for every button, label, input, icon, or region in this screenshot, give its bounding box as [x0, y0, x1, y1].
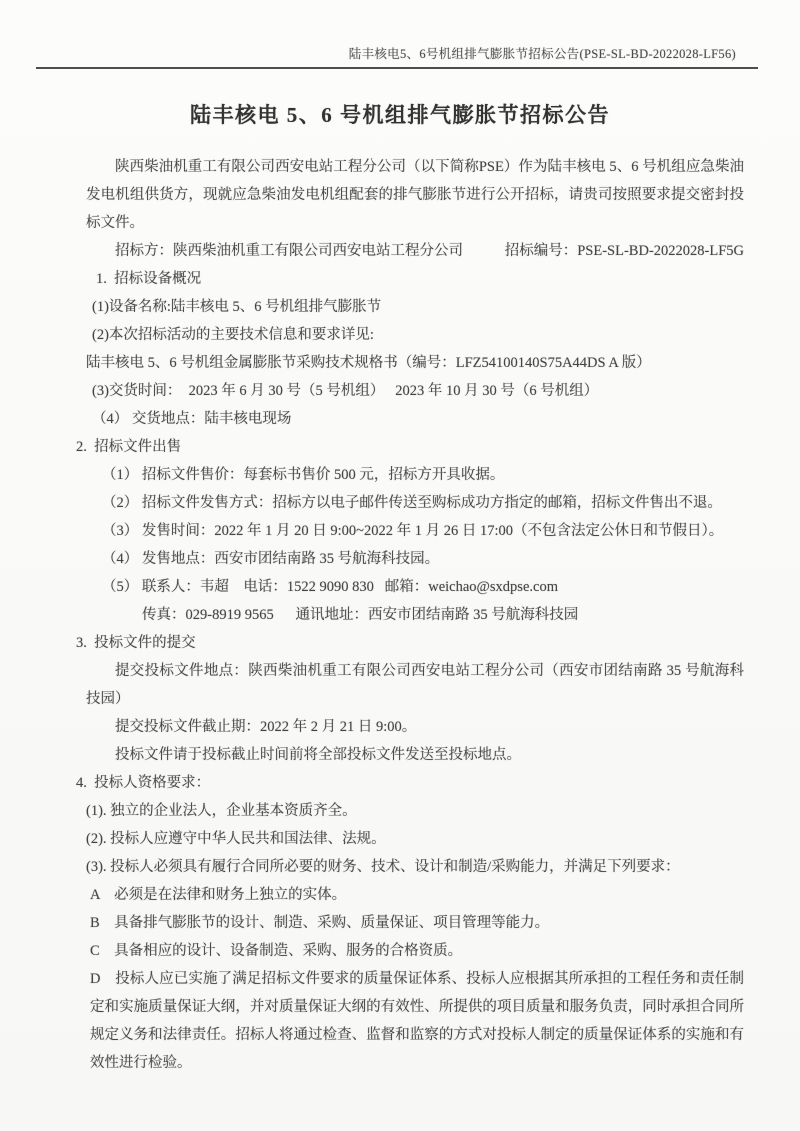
doc-line: 4. 投标人资格要求：: [76, 769, 744, 797]
doc-line: B 具备排气膨胀节的设计、制造、采购、质量保证、项目管理等能力。: [90, 909, 744, 937]
doc-line: A 必须是在法律和财务上独立的实体。: [90, 881, 744, 909]
doc-line: (2). 投标人应遵守中华人民共和国法律、法规。: [86, 825, 744, 853]
doc-line: 1. 招标设备概况: [96, 265, 744, 293]
doc-line: （5） 联系人：韦超 电话：1522 9090 830 邮箱：weichao@s…: [102, 573, 744, 601]
tenderer-row: 招标方：陕西柴油机重工有限公司西安电站工程分公司 招标编号：PSE-SL-BD-…: [86, 237, 744, 265]
doc-line: D 投标人应已实施了满足招标文件要求的质量保证体系、投标人应根据其所承担的工程任…: [90, 965, 744, 1077]
doc-line: 提交投标文件截止期：2022 年 2 月 21 日 9:00。: [86, 713, 744, 741]
tenderer-name: 招标方：陕西柴油机重工有限公司西安电站工程分公司: [86, 237, 463, 265]
doc-line: (3). 投标人必须具有履行合同所必要的财务、技术、设计和制造/采购能力，并满足…: [86, 853, 744, 881]
document-body: 陕西柴油机重工有限公司西安电站工程分公司（以下简称PSE）作为陆丰核电 5、6 …: [0, 153, 800, 1077]
header-document-code: 陆丰核电5、6号机组排气膨胀节招标公告(PSE-SL-BD-2022028-LF…: [36, 44, 758, 62]
tender-number: 招标编号：PSE-SL-BD-2022028-LF5G: [505, 237, 744, 265]
doc-line: （4） 交货地点：陆丰核电现场: [92, 405, 744, 433]
body-lines: 1. 招标设备概况(1)设备名称:陆丰核电 5、6 号机组排气膨胀节(2)本次招…: [86, 265, 744, 1077]
doc-line: （4） 发售地点：西安市团结南路 35 号航海科技园。: [102, 545, 744, 573]
doc-line: 提交投标文件地点：陕西柴油机重工有限公司西安电站工程分公司（西安市团结南路 35…: [86, 657, 744, 713]
doc-line: (1). 独立的企业法人，企业基本资质齐全。: [86, 797, 744, 825]
doc-line: (1)设备名称:陆丰核电 5、6 号机组排气膨胀节: [92, 293, 744, 321]
doc-line: （3） 发售时间：2022 年 1 月 20 日 9:00~2022 年 1 月…: [102, 517, 744, 545]
doc-line: C 具备相应的设计、设备制造、采购、服务的合格资质。: [90, 937, 744, 965]
doc-line: 2. 招标文件出售: [76, 433, 744, 461]
doc-line: (3)交货时间： 2023 年 6 月 30 号（5 号机组） 2023 年 1…: [92, 377, 744, 405]
doc-line: 传真：029-8919 9565 通讯地址：西安市团结南路 35 号航海科技园: [142, 601, 744, 629]
header-rule: [36, 67, 758, 69]
doc-line: （2） 招标文件发售方式：招标方以电子邮件传送至购标成功方指定的邮箱，招标文件售…: [102, 489, 744, 517]
page-title: 陆丰核电 5、6 号机组排气膨胀节招标公告: [0, 99, 800, 129]
doc-line: （1） 招标文件售价：每套标书售价 500 元，招标方开具收据。: [102, 461, 744, 489]
intro-paragraph: 陕西柴油机重工有限公司西安电站工程分公司（以下简称PSE）作为陆丰核电 5、6 …: [86, 153, 744, 237]
document-header: 陆丰核电5、6号机组排气膨胀节招标公告(PSE-SL-BD-2022028-LF…: [0, 0, 800, 69]
doc-line: 3. 投标文件的提交: [76, 629, 744, 657]
doc-line: (2)本次招标活动的主要技术信息和要求详见:: [92, 321, 744, 349]
doc-line: 投标文件请于投标截止时间前将全部投标文件发送至投标地点。: [86, 741, 744, 769]
doc-line: 陆丰核电 5、6 号机组金属膨胀节采购技术规格书（编号：LFZ54100140S…: [86, 349, 744, 377]
document-page: 陆丰核电5、6号机组排气膨胀节招标公告(PSE-SL-BD-2022028-LF…: [0, 0, 800, 1131]
